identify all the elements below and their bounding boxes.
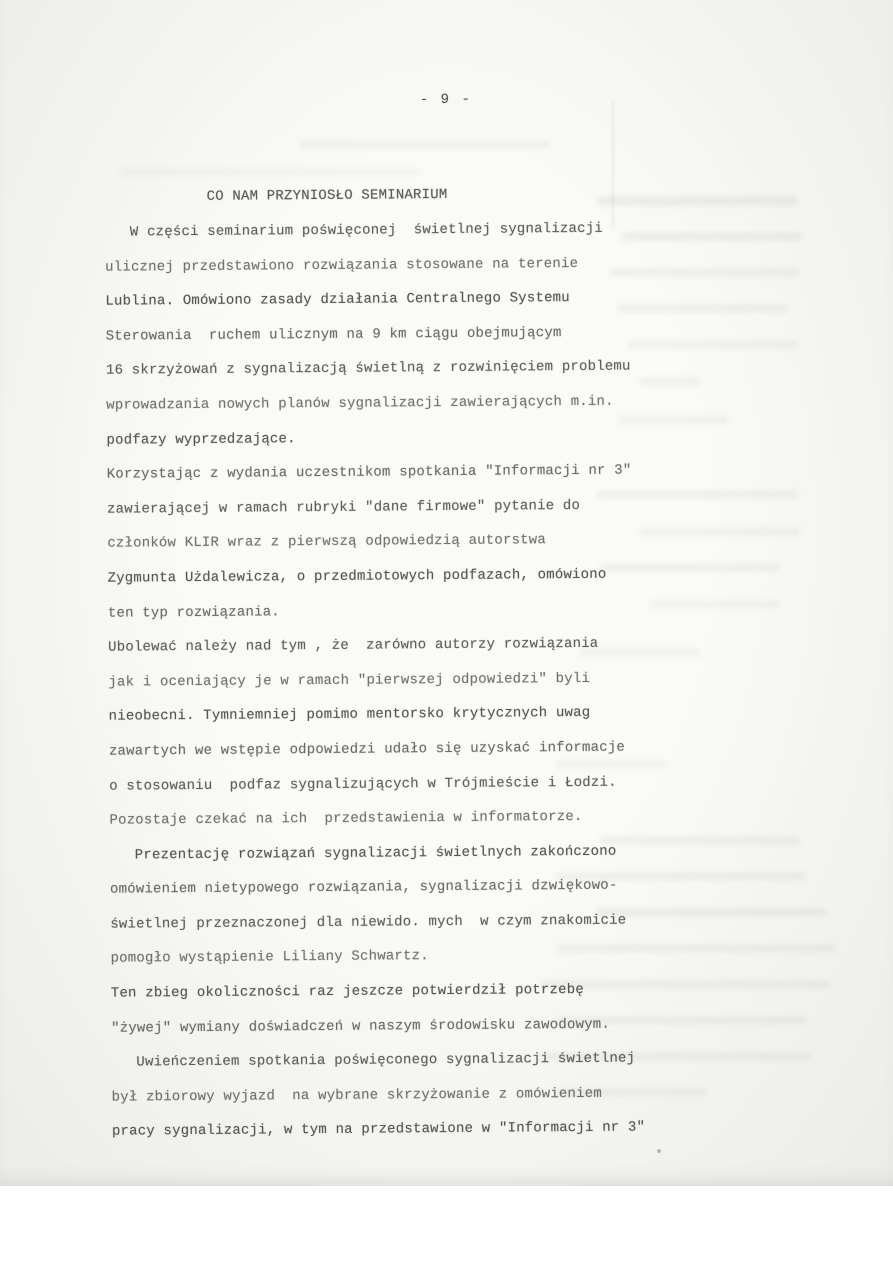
text-line: omówieniem nietypowego rozwiązania, sygn…: [110, 867, 810, 907]
text-line: zawierającej w ramach rubryki "dane firm…: [107, 487, 807, 527]
text-line: ten typ rozwiązania.: [108, 591, 808, 631]
text-line: Lublina. Omówiono zasady działania Centr…: [105, 279, 805, 319]
text-line: o stosowaniu podfaz sygnalizujących w Tr…: [109, 764, 809, 804]
text-line: jak i oceniający je w ramach "pierwszej …: [108, 660, 808, 700]
text-line: Ubolewać należy nad tym , że zarówno aut…: [108, 625, 808, 665]
text-line: pomogło wystąpienie Liliany Schwartz.: [110, 937, 810, 977]
text-line: Korzystając z wydania uczestnikom spotka…: [107, 452, 807, 492]
text-line: Ten zbieg okoliczności raz jeszcze potwi…: [111, 971, 811, 1011]
typewritten-content: - 9 - CO NAM PRZYNIOSŁO SEMINARIUM W czę…: [0, 0, 893, 1263]
text-line: W części seminarium poświęconej świetlne…: [105, 210, 805, 250]
text-line: 16 skrzyżowań z sygnalizacją świetlną z …: [106, 349, 806, 389]
document-heading: CO NAM PRZYNIOSŁO SEMINARIUM: [207, 187, 448, 205]
text-line: Zygmunta Użdalewicza, o przedmiotowych p…: [107, 556, 807, 596]
text-line: "żywej" wymiany doświadczeń w naszym śro…: [111, 1006, 811, 1046]
text-line: podfazy wyprzedzające.: [106, 418, 806, 458]
text-line: nieobecni. Tymniemniej pomimo mentorsko …: [109, 694, 809, 734]
text-line: był zbiorowy wyjazd na wybrane skrzyżowa…: [112, 1075, 812, 1115]
text-line: świetlnej przeznaczonej dla niewido. myc…: [110, 902, 810, 942]
text-line: Sterowania ruchem ulicznym na 9 km ciągu…: [106, 314, 806, 354]
scanned-document-page: - 9 - CO NAM PRZYNIOSŁO SEMINARIUM W czę…: [0, 0, 893, 1263]
text-line: zawartych we wstępie odpowiedzi udało si…: [109, 729, 809, 769]
page-number: - 9 -: [420, 92, 472, 108]
text-line: wprowadzania nowych planów sygnalizacji …: [106, 383, 806, 423]
text-line: Uwieńczeniem spotkania poświęconego sygn…: [111, 1040, 811, 1080]
document-body: W części seminarium poświęconej świetlne…: [105, 210, 812, 1150]
text-line: członków KLIR wraz z pierwszą odpowiedzi…: [107, 522, 807, 562]
text-line: ulicznej przedstawiono rozwiązania stoso…: [105, 245, 805, 285]
text-line: pracy sygnalizacji, w tym na przedstawio…: [112, 1110, 812, 1150]
text-line: Pozostaje czekać na ich przedstawienia w…: [109, 798, 809, 838]
text-line: Prezentację rozwiązań sygnalizacji świet…: [110, 833, 810, 873]
